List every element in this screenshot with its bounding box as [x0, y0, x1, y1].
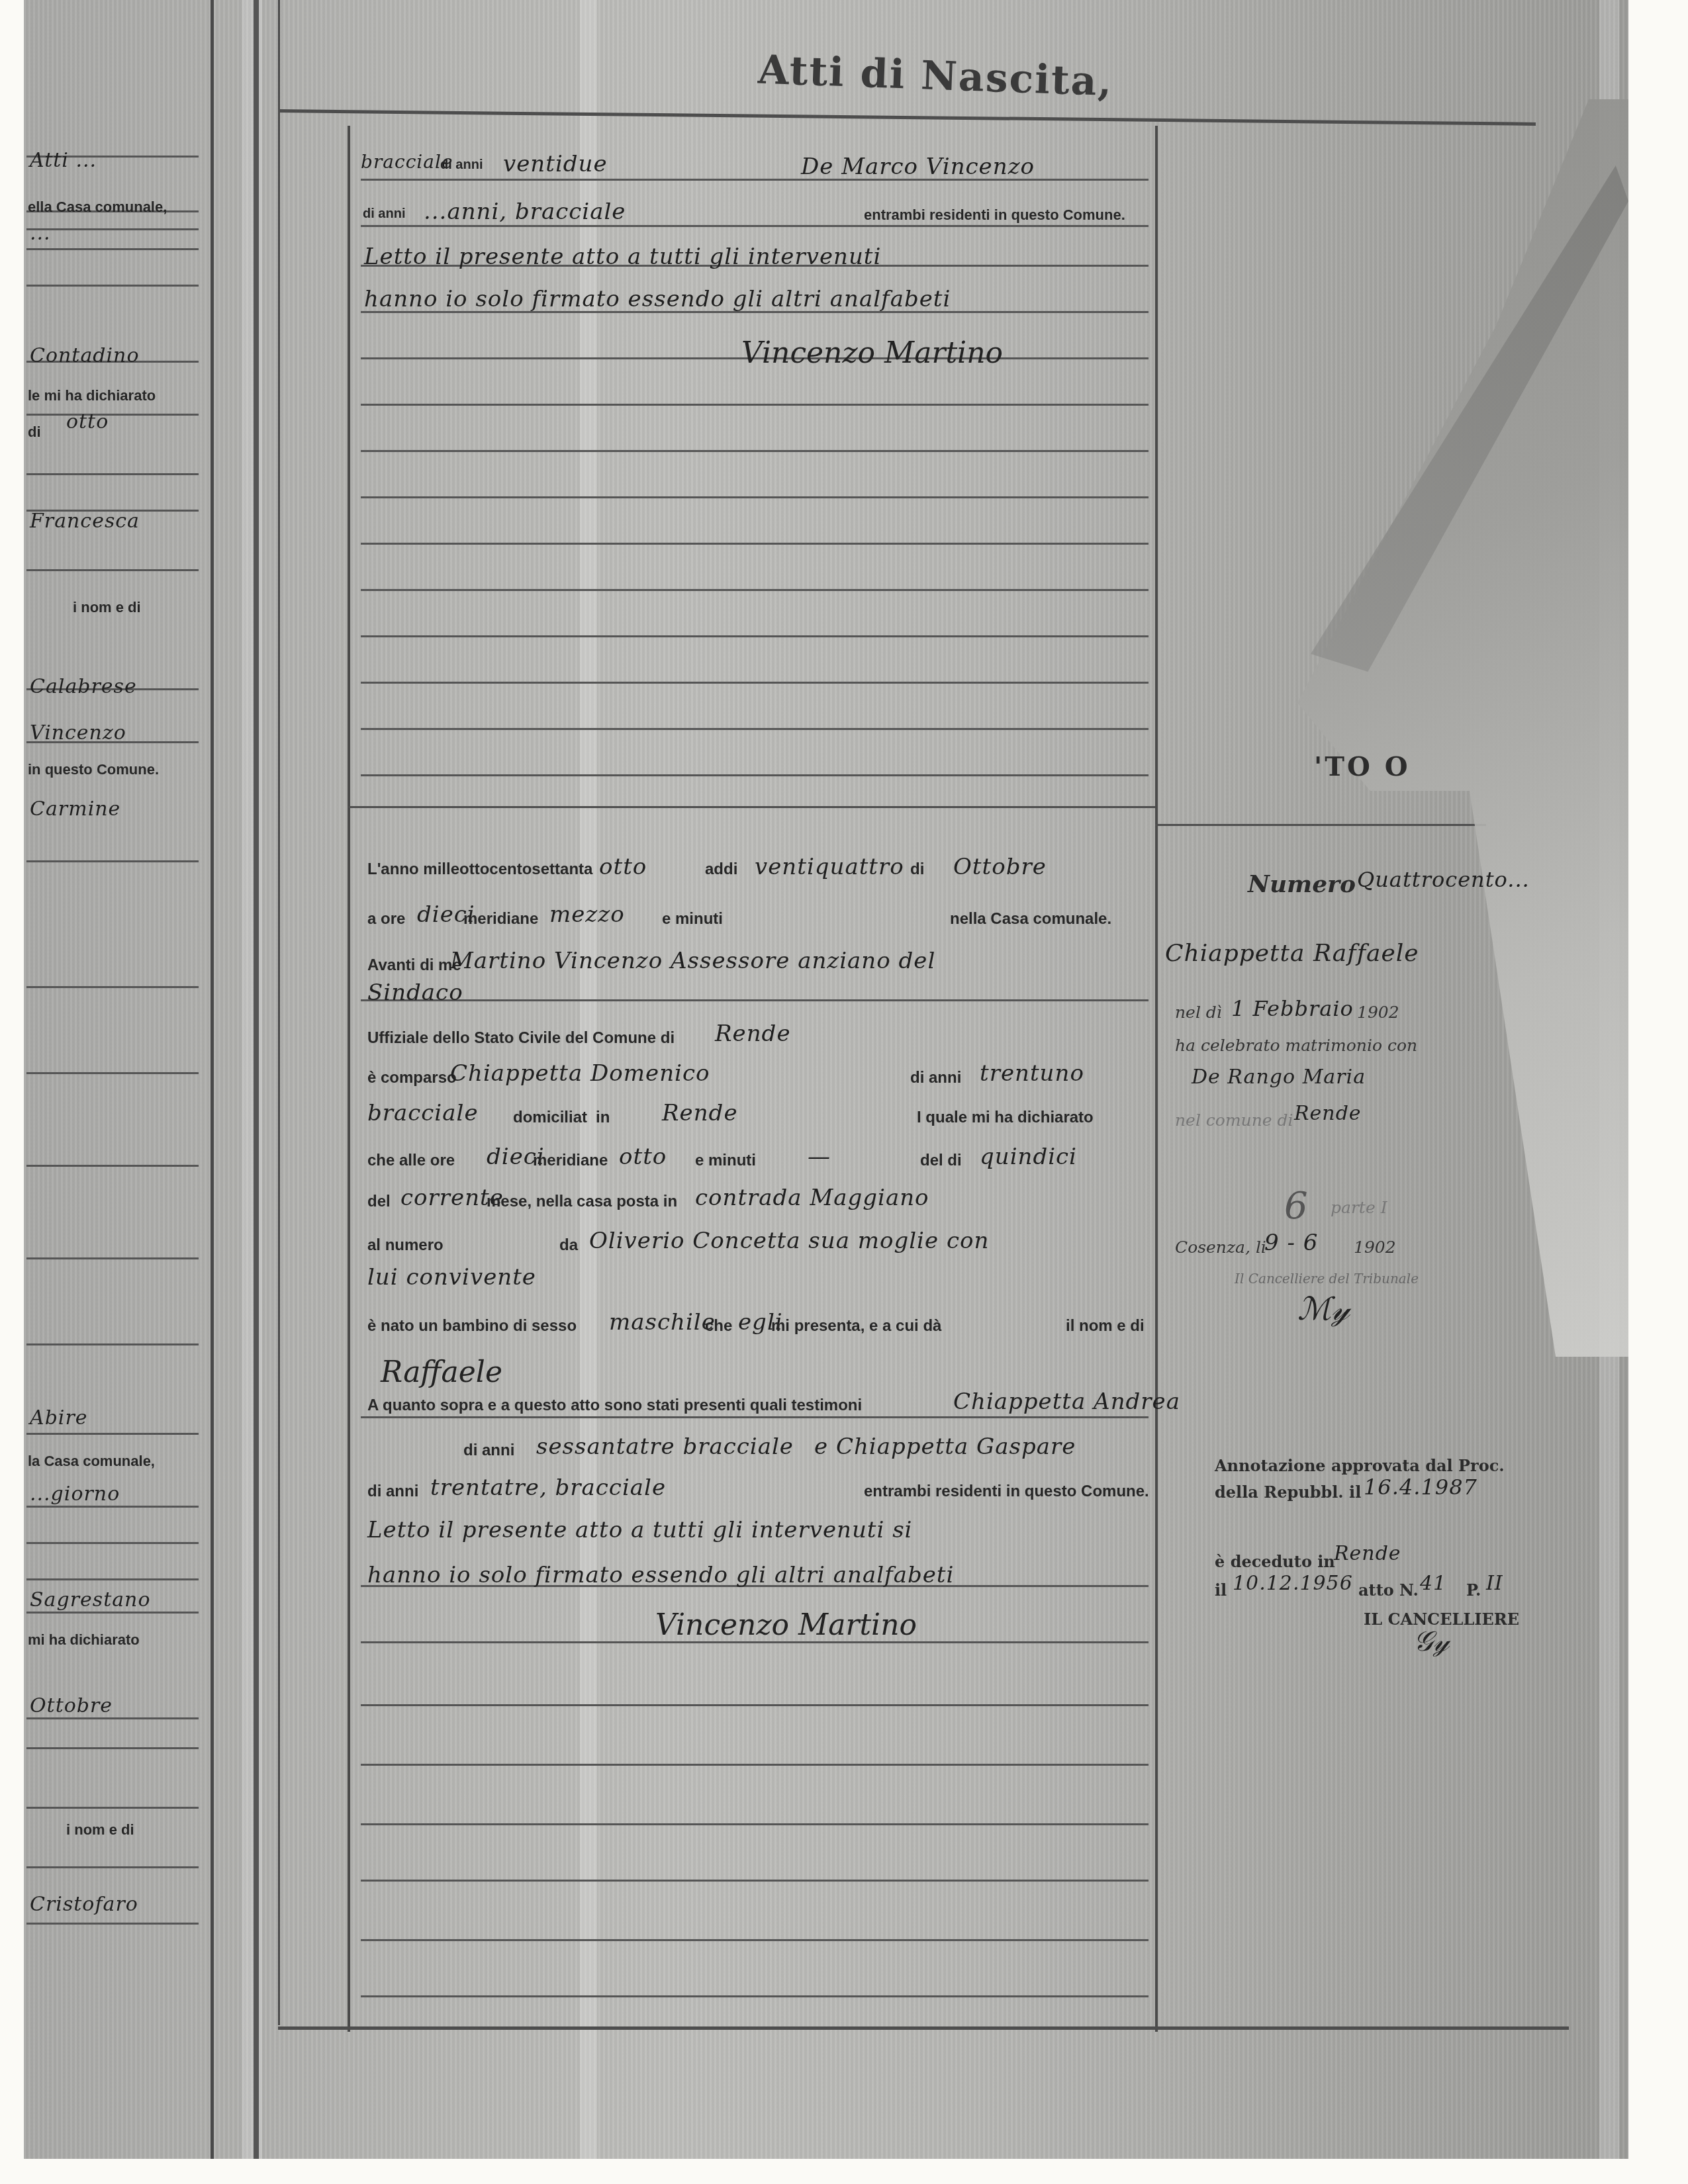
label-residenti: entrambi residenti in questo Comune.: [864, 1482, 1149, 1501]
declarant-age-hand: trentuno: [980, 1060, 1084, 1087]
meridian-hand: mezzo: [549, 901, 625, 928]
ruled-line: [361, 543, 1149, 545]
form-right-border: [1155, 126, 1158, 2032]
ruled-line: [361, 774, 1149, 776]
label-minuti: e minuti: [695, 1152, 756, 1170]
left-strip-hand: Carmine: [30, 797, 120, 821]
annotation-separator: [1155, 824, 1486, 826]
book-gutter: [254, 0, 259, 2159]
witness2-hand: e Chiappetta Gaspare: [814, 1433, 1076, 1460]
ruled-line: [26, 228, 199, 230]
label-numero: al numero: [367, 1236, 444, 1255]
left-strip-hand: otto: [66, 410, 109, 433]
label-nome: il nom e di: [1066, 1317, 1145, 1336]
partial-header: 'TO O: [1314, 751, 1411, 782]
death-act-hand: 41: [1420, 1572, 1446, 1595]
ruled-line: [26, 1923, 199, 1925]
label-di-anni: di anni: [463, 1441, 514, 1460]
death-part-hand: II: [1486, 1572, 1503, 1595]
birth-minutes-hand: —: [808, 1144, 831, 1170]
month-hand: Ottobre: [953, 854, 1047, 880]
ruled-line: [26, 1866, 199, 1868]
label-repubblica: della Repubbl. il: [1215, 1482, 1361, 1502]
tribunal-signature: ℳ𝓎: [1297, 1291, 1350, 1328]
scan-margin-bottom: [0, 2159, 1688, 2184]
label-avanti: Avanti di me: [367, 956, 461, 975]
cosenza-year: 1902: [1354, 1238, 1396, 1257]
ruled-line: [361, 1823, 1149, 1825]
officer-hand: Martino Vincenzo Assessore anziano del: [450, 948, 935, 974]
officer-signature: Vincenzo Martino: [655, 1608, 917, 1642]
ruled-line: [361, 682, 1149, 684]
label-numero: Numero: [1248, 870, 1356, 898]
ruled-line: [26, 1072, 199, 1074]
closing-hand: Letto il presente atto a tutti gli inter…: [367, 1517, 913, 1543]
birth-meridian-hand: otto: [619, 1144, 667, 1170]
footer-rule: [278, 2026, 1569, 2030]
label-di-anni: di anni: [363, 206, 405, 222]
ruled-line: [361, 589, 1149, 591]
ruled-line: [26, 1612, 199, 1614]
label-casa-posta: mese, nella casa posta in: [487, 1193, 677, 1211]
scan-streak: [242, 0, 262, 2159]
page-edge-line: [278, 0, 280, 2025]
annotated-name-hand: Chiappetta Raffaele: [1165, 940, 1419, 967]
cosenza-date-hand: 9 - 6: [1264, 1230, 1318, 1256]
day-hand: ventiquattro: [755, 854, 904, 880]
label-di-anni: di anni: [910, 1069, 961, 1087]
numero-hand: Quattrocento...: [1357, 867, 1530, 892]
label-anno: L'anno milleottocentosettanta: [367, 860, 592, 879]
label-del-di: del di: [920, 1152, 962, 1170]
domicile-hand: Rende: [662, 1100, 738, 1126]
left-strip-hand: Vincenzo: [30, 721, 126, 745]
ruled-line: [26, 414, 199, 416]
label-meridiane: meridiane: [463, 910, 538, 929]
ruled-line: [361, 1939, 1149, 1941]
label-annotazione: Annotazione approvata dal Proc.: [1215, 1456, 1505, 1475]
ruled-line: [361, 1764, 1149, 1766]
closing-hand: hanno io solo firmato essendo gli altri …: [364, 286, 951, 312]
marriage-date-hand: 1 Febbraio: [1231, 996, 1354, 1021]
ruled-line: [361, 404, 1149, 406]
left-strip-hand: Sagrestano: [30, 1588, 150, 1612]
witness1-age-hand: sessantatre bracciale: [536, 1433, 794, 1460]
label-comparso: è comparso: [367, 1069, 457, 1087]
label-matrimonio: ha celebrato matrimonio con: [1175, 1036, 1417, 1055]
ruled-line: [361, 728, 1149, 730]
ruled-line: [361, 1880, 1149, 1882]
label-di: di: [910, 860, 924, 879]
ruled-line: [361, 1416, 1149, 1418]
label-addi: addi: [705, 860, 737, 879]
child-name: Raffaele: [381, 1355, 502, 1389]
occupation-hand: bracciale: [361, 151, 453, 173]
left-strip-hand: Francesca: [30, 510, 140, 533]
left-strip-hand: ...: [30, 222, 51, 245]
label-minuti: e minuti: [662, 910, 723, 929]
closing-hand: hanno io solo firmato essendo gli altri …: [367, 1562, 954, 1588]
left-strip-hand: Abire: [30, 1406, 88, 1430]
act-number-hand: 6: [1284, 1185, 1309, 1228]
form-left-border: [348, 126, 350, 2032]
ruled-line: [26, 1807, 199, 1809]
ruled-line: [26, 1165, 199, 1167]
scanned-register-page: [24, 0, 1628, 2159]
record-separator: [348, 806, 1155, 808]
label-nel-di: nel dì: [1175, 1003, 1222, 1022]
ruled-line: [26, 986, 199, 988]
label-atto-n: atto N.: [1358, 1580, 1419, 1600]
label-meridiane: meridiane: [533, 1152, 608, 1170]
ruled-line: [361, 1995, 1149, 1997]
ruled-line: [361, 999, 1149, 1001]
ruled-line: [26, 473, 199, 475]
sex-hand: maschile: [609, 1309, 716, 1336]
left-strip-print: di: [28, 424, 41, 441]
approval-date-hand: 16.4.1987: [1364, 1475, 1477, 1500]
death-date-hand: 10.12.1956: [1233, 1572, 1353, 1595]
mother-hand: Oliverio Concetta sua moglie con: [589, 1228, 989, 1254]
ruled-line: [26, 860, 199, 862]
label-presenta: mi presenta, e a cui dà: [771, 1317, 941, 1336]
birth-day-hand: quindici: [980, 1144, 1077, 1170]
ruled-line: [26, 1506, 199, 1508]
label-cosenza: Cosenza, li: [1175, 1238, 1266, 1257]
ruled-line: [26, 1747, 199, 1749]
comune-hand: Rende: [715, 1021, 791, 1047]
label-deceduto: è deceduto in: [1215, 1552, 1335, 1571]
ruled-line: [26, 1717, 199, 1719]
witness2-age-hand: trentatre, bracciale: [430, 1475, 666, 1501]
label-che: che: [705, 1317, 732, 1336]
ruled-line: [26, 285, 199, 287]
label-residenti: entrambi residenti in questo Comune.: [864, 206, 1125, 224]
ruled-line: [26, 569, 199, 571]
left-strip-hand: Atti ...: [30, 149, 97, 172]
ruled-line: [361, 1704, 1149, 1706]
label-p: P.: [1466, 1580, 1481, 1600]
signature: Vincenzo Martino: [741, 336, 1003, 370]
left-strip-hand: Contadino: [30, 344, 139, 367]
ruled-line: [26, 1542, 199, 1544]
left-strip-hand: Cristofaro: [30, 1893, 138, 1916]
label-uffiziale: Uffiziale dello Stato Civile del Comune …: [367, 1029, 675, 1048]
ruled-line: [361, 496, 1149, 498]
left-strip-print: la Casa comunale,: [28, 1453, 155, 1470]
left-strip-hand: Calabrese: [30, 675, 137, 698]
label-domiciliat: domiciliat: [513, 1109, 587, 1127]
left-binding-line: [211, 0, 214, 2159]
label-nato: è nato un bambino di sesso: [367, 1317, 577, 1336]
comune-hand: Rende: [1294, 1102, 1362, 1125]
witness-hand: De Marco Vincenzo: [801, 154, 1035, 180]
birth-place-hand: contrada Maggiano: [695, 1185, 929, 1211]
ruled-line: [26, 1343, 199, 1345]
witness1-hand: Chiappetta Andrea: [953, 1388, 1180, 1415]
age-hand: ventidue: [503, 151, 608, 177]
chancellor-signature: 𝒢𝓎: [1413, 1625, 1449, 1658]
label-di-anni: di anni: [367, 1482, 418, 1501]
officer-title-hand: Sindaco: [367, 979, 463, 1006]
age-occupation-hand: ...anni, bracciale: [424, 199, 626, 225]
left-strip-hand: ...giorno: [30, 1482, 120, 1506]
label-testimoni: A quanto sopra e a questo atto sono stat…: [367, 1396, 862, 1415]
scan-margin-right: [1628, 0, 1688, 2184]
ruled-line: [26, 248, 199, 250]
declarant-name-hand: Chiappetta Domenico: [450, 1060, 710, 1087]
label-dichiarato: I quale mi ha dichiarato: [917, 1109, 1094, 1127]
marriage-year: 1902: [1357, 1003, 1399, 1022]
label-del: del: [367, 1193, 391, 1211]
label-a-ore: a ore: [367, 910, 405, 929]
label-casa-comunale: nella Casa comunale.: [950, 910, 1111, 929]
left-strip-print: in questo Comune.: [28, 761, 159, 778]
ruled-line: [26, 1578, 199, 1580]
closing-hand: Letto il presente atto a tutti gli inter…: [364, 244, 881, 270]
ruled-line: [361, 225, 1149, 227]
mother-cont-hand: lui convivente: [367, 1264, 536, 1291]
year-hand: otto: [599, 854, 647, 880]
left-strip-print: mi ha dichiarato: [28, 1631, 140, 1649]
ruled-line: [26, 1433, 199, 1435]
left-strip-print: i nom e di: [66, 1821, 134, 1839]
label-di-anni: di anni: [440, 158, 483, 173]
label-comune: nel comune di: [1175, 1111, 1293, 1130]
left-strip-print: i nom e di: [73, 599, 141, 616]
spouse-hand: De Rango Maria: [1192, 1066, 1366, 1089]
label-cancelliere-tribunale: Il Cancelliere del Tribunale: [1235, 1271, 1419, 1287]
ruled-line: [26, 1257, 199, 1259]
left-strip-print: ella Casa comunale,: [28, 199, 167, 216]
declarant-occupation-hand: bracciale: [367, 1100, 479, 1126]
label-in: in: [596, 1109, 610, 1127]
ruled-line: [361, 635, 1149, 637]
label-il: il: [1215, 1580, 1227, 1600]
death-place-hand: Rende: [1334, 1542, 1401, 1565]
left-strip-hand: Ottobre: [30, 1694, 113, 1717]
left-strip-print: le mi ha dichiarato: [28, 387, 156, 404]
label-da: da: [559, 1236, 578, 1255]
ruled-line: [361, 450, 1149, 452]
scan-margin-left: [0, 0, 24, 2184]
label-parte: parte I: [1331, 1198, 1387, 1217]
label-alle-ore: che alle ore: [367, 1152, 455, 1170]
